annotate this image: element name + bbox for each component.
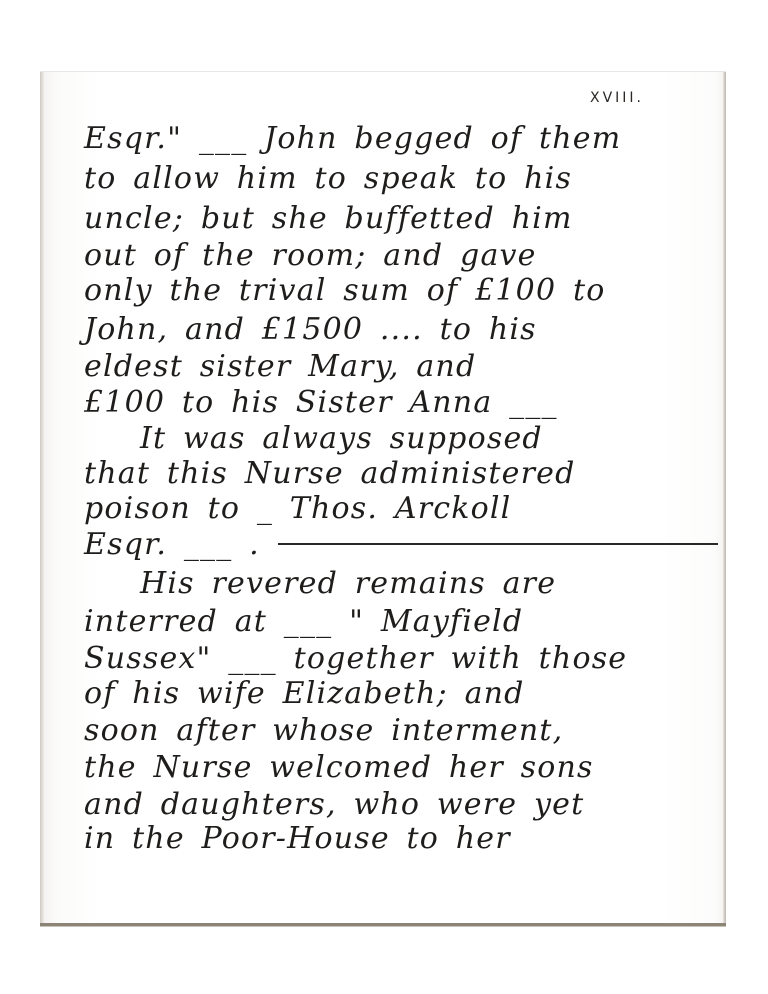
closing-rule	[278, 543, 718, 545]
text-line: £100 to his Sister Anna ___	[84, 388, 558, 418]
text-line: Sussex" ___ together with those	[84, 644, 627, 674]
text-line: interred at ___ " Mayfield	[84, 607, 523, 637]
text-line: poison to _ Thos. Arckoll	[84, 494, 511, 524]
text-line: John, and £1500 .... to his	[84, 315, 537, 345]
text-line: eldest sister Mary, and	[84, 352, 476, 382]
text-line: and daughters, who were yet	[84, 790, 584, 820]
text-line: the Nurse welcomed her sons	[84, 753, 594, 783]
text-line: of his wife Elizabeth; and	[84, 679, 525, 709]
text-line: to allow him to speak to his	[84, 164, 572, 194]
text-line: Esqr." ___ John begged of them	[84, 124, 621, 154]
text-line: soon after whose interment,	[84, 716, 563, 746]
text-line: that this Nurse administered	[84, 459, 576, 489]
text-line: in the Poor-House to her	[84, 824, 511, 854]
text-line: only the trival sum of £100 to	[84, 276, 606, 306]
page-number: XVIII.	[590, 90, 644, 106]
text-line: uncle; but she buffetted him	[84, 204, 573, 234]
text-line: out of the room; and gave	[84, 241, 537, 271]
manuscript-page: XVIII. Esqr." ___ John begged of them to…	[40, 71, 726, 926]
text-line: Esqr. ___ .	[84, 530, 260, 560]
paragraph-start-line: It was always supposed	[140, 424, 543, 454]
paragraph-start-line: His revered remains are	[140, 569, 556, 599]
